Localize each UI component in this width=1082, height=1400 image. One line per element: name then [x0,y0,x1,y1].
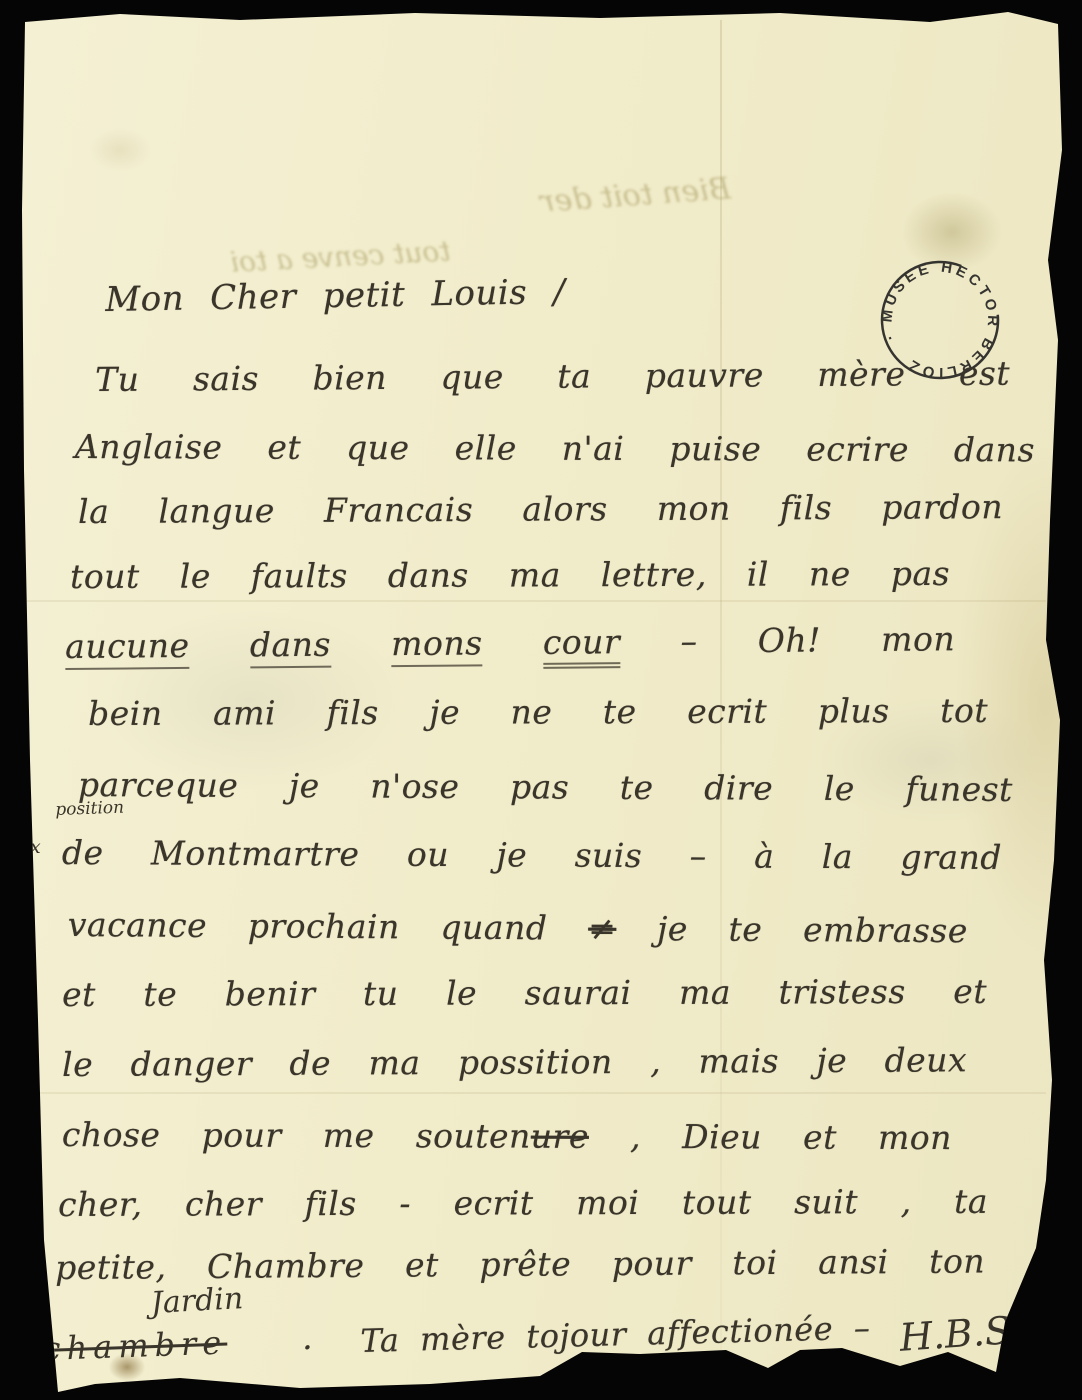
letter-closing: Ta mère tojour affectionée – [360,1309,871,1360]
line-13-pre: chose pour me souten [62,1115,531,1156]
interlinear-correction-jardin: Jardin [150,1281,244,1321]
line-13-post: , Dieu et mon [630,1117,952,1157]
struck-out-word-chambre: chambre [42,1324,228,1368]
double-underlined-word: cour [543,622,621,669]
underlined-word: dans [250,625,331,669]
punctuation-dot: . [302,1318,313,1358]
margin-mark: x [30,836,41,858]
letter-line-10: vacance prochain quand ≠ je te embrasse [68,905,968,950]
underlined-word: mons [391,623,483,667]
letter-line-12: le danger de ma possition , mais je deux [62,1040,967,1084]
line-10-pre: vacance prochain quand [68,905,548,947]
letter-line-2: Tu sais bien que ta pauvre mère est [95,354,1010,399]
struck-out-letters: ure [531,1117,589,1156]
letter-salutation: Mon Cher petit Louis / [105,272,566,320]
struck-out-token: ≠ [588,909,616,948]
letter-line-5: tout le faults dans ma lettre, il ne pas [70,554,950,596]
letter-line-9: de Montmartre ou je suis – à la grand [62,833,1002,877]
dash: – [680,621,697,660]
horizontal-fold-crease [26,1092,1046,1094]
scanned-letter-photo: Bien toit der tout cenve a toi · MUSEE H… [0,0,1082,1400]
letter-line-11: et te benir tu le saurai ma tristess et [62,972,987,1014]
verso-bleedthrough-text: Bien toit der [539,171,732,219]
interlinear-correction: position [55,798,124,820]
letter-line-7: bein ami fils je ne te ecrit plus tot [88,691,988,733]
signature: H.B.S [898,1308,1012,1360]
letter-line-8: parceque je n'ose pas te dire le funest [78,765,1013,809]
letter-line-4: la langue Francais alors mon fils pardon [78,487,1003,531]
verso-bleedthrough-text: tout cenve a toi [229,234,451,278]
horizontal-fold-crease [26,600,1046,602]
underlined-word: aucune [65,626,190,670]
letter-line-14: cher, cher fils - ecrit moi tout suit , … [58,1182,988,1224]
letter-line-15: petite, Chambre et prête pour toi ansi t… [55,1242,985,1287]
letter-line-6: aucune dans mons cour – Oh! mon [65,619,955,666]
letter-line-3: Anglaise et que elle n'ai puise ecrire d… [75,427,1035,469]
signature-underline-flourish [858,1383,1023,1394]
line-10-post: je te embrasse [657,909,968,950]
letter-page: Bien toit der tout cenve a toi · MUSEE H… [0,0,1082,1400]
line-6-rest: Oh! mon [758,619,956,660]
letter-line-13: chose pour me soutenure , Dieu et mon [62,1115,952,1157]
